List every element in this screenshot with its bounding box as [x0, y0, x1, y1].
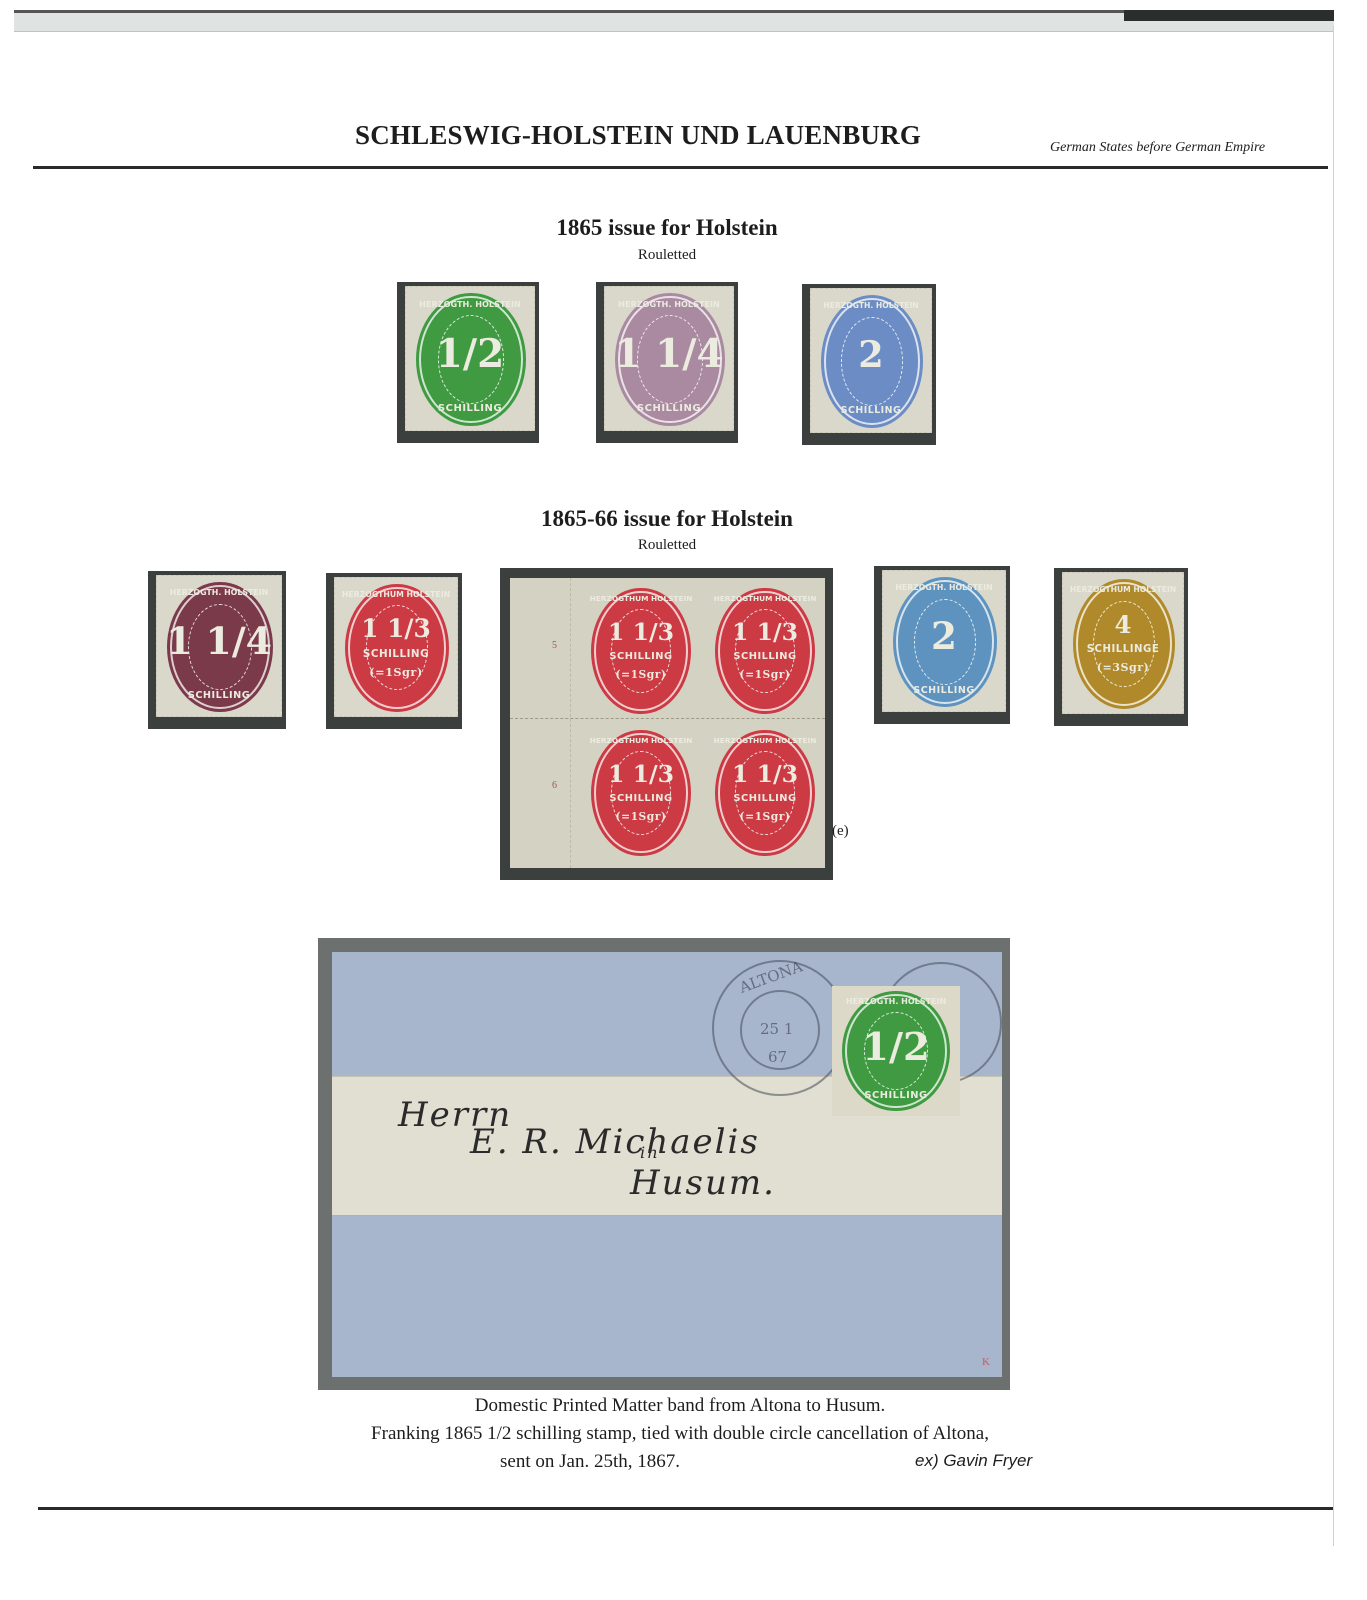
stamp-inscription: HERZOGTHUM HOLSTEIN: [582, 594, 700, 603]
scan-top-edge-dark: [1124, 10, 1334, 21]
address-line-3: in: [640, 1143, 659, 1162]
stamp-denomination: 1 1/3: [706, 618, 824, 646]
stamp-unit: SCHILLING: [406, 403, 534, 414]
stamp-equivalent: (=1Sgr): [706, 810, 824, 823]
stamp: HERZOGTHUM HOLSTEIN1 1/3SCHILLING(=1Sgr): [706, 724, 824, 862]
stamp-inscription: HERZOGTH. HOLSTEIN: [406, 299, 534, 309]
scan-top-edge: [14, 10, 1334, 32]
page-right-edge: [1333, 26, 1334, 1546]
stamp: HERZOGTH. HOLSTEIN1 1/4SCHILLING: [604, 286, 734, 431]
block-annotation: (e): [832, 823, 849, 840]
stamp-equivalent: (=3Sgr): [1063, 661, 1183, 674]
stamp-denomination: 2: [883, 614, 1005, 658]
stamp-inscription: HERZOGTHUM HOLSTEIN: [582, 736, 700, 745]
page-title: SCHLESWIG-HOLSTEIN UND LAUENBURG: [355, 120, 921, 151]
stamp-unit: SCHILLING: [335, 648, 457, 660]
top-rule: [33, 166, 1328, 169]
stamp-unit: SCHILLING: [832, 1090, 960, 1101]
stamp-equivalent: (=1Sgr): [582, 810, 700, 823]
provenance: ex) Gavin Fryer: [915, 1451, 1032, 1471]
section-subtitle-1865: Rouletted: [417, 247, 917, 264]
stamp: HERZOGTH. HOLSTEIN2SCHILLING: [810, 288, 932, 433]
stamp-unit: SCHILLING: [883, 685, 1005, 696]
stamp-unit: SCHILLING: [706, 793, 824, 804]
stamp-denomination: 1 1/4: [157, 619, 281, 663]
stamp-equivalent: (=1Sgr): [335, 665, 457, 679]
cancellation-year: 67: [768, 1048, 787, 1066]
address-line-4: Husum.: [630, 1163, 776, 1203]
stamp-denomination: 1 1/3: [582, 618, 700, 646]
stamp: HERZOGTHUM HOLSTEIN1 1/3SCHILLING(=1Sgr): [582, 724, 700, 862]
cancellation-date: 25 1: [760, 1020, 793, 1038]
stamp-unit: SCHILLING: [582, 651, 700, 662]
address-line-2: E. R. Michaelis: [470, 1122, 760, 1162]
section-title-1865-66: 1865-66 issue for Holstein: [417, 506, 917, 532]
stamp: HERZOGTHUM HOLSTEIN1 1/3SCHILLING(=1Sgr): [582, 582, 700, 720]
stamp-denomination: 1 1/4: [605, 331, 733, 377]
stamp: HERZOGTH. HOLSTEIN1/2SCHILLING: [405, 286, 535, 431]
caption-line-1: Domestic Printed Matter band from Altona…: [200, 1395, 1160, 1417]
stamp-inscription: HERZOGTH. HOLSTEIN: [883, 583, 1005, 592]
stamp: HERZOGTHUM HOLSTEIN4SCHILLINGE(=3Sgr): [1062, 572, 1184, 714]
margin-number-1: 5: [552, 640, 557, 651]
stamp-denomination: 4: [1063, 610, 1183, 639]
stamp-denomination: 1/2: [406, 331, 534, 377]
stamp-unit: SCHILLING: [811, 405, 931, 416]
stamp-denomination: 1 1/3: [582, 760, 700, 788]
sheet-margin: [510, 578, 571, 868]
stamp-denomination: 2: [811, 333, 931, 376]
page-subtitle: German States before German Empire: [1050, 140, 1265, 156]
stamp-inscription: HERZOGTH. HOLSTEIN: [157, 588, 281, 597]
block-of-four: 5 6 HERZOGTHUM HOLSTEIN1 1/3SCHILLING(=1…: [510, 578, 825, 868]
stamp: HERZOGTH. HOLSTEIN1 1/4SCHILLING: [156, 575, 282, 717]
stamp: HERZOGTH. HOLSTEIN1/2SCHILLING: [832, 986, 960, 1116]
cover-corner-mark: K: [982, 1356, 990, 1368]
stamp-unit: SCHILLING: [706, 651, 824, 662]
stamp-inscription: HERZOGTH. HOLSTEIN: [832, 997, 960, 1006]
caption-line-2: Franking 1865 1/2 schilling stamp, tied …: [200, 1423, 1160, 1445]
stamp: HERZOGTHUM HOLSTEIN1 1/3SCHILLING(=1Sgr): [706, 582, 824, 720]
stamp-equivalent: (=1Sgr): [706, 668, 824, 681]
stamp: HERZOGTH. HOLSTEIN2SCHILLING: [882, 570, 1006, 712]
stamp-inscription: HERZOGTHUM HOLSTEIN: [706, 736, 824, 745]
stamp-denomination: 1 1/3: [335, 614, 457, 643]
stamp-inscription: HERZOGTHUM HOLSTEIN: [335, 590, 457, 599]
caption-line-3: sent on Jan. 25th, 1867.: [370, 1451, 810, 1473]
stamp-inscription: HERZOGTHUM HOLSTEIN: [1063, 585, 1183, 594]
stamp-unit: SCHILLINGE: [1063, 644, 1183, 655]
stamp: HERZOGTHUM HOLSTEIN1 1/3SCHILLING(=1Sgr): [334, 577, 458, 717]
stamp-unit: SCHILLING: [605, 403, 733, 414]
margin-number-2: 6: [552, 780, 557, 791]
section-title-1865: 1865 issue for Holstein: [417, 215, 917, 241]
stamp-unit: SCHILLING: [157, 690, 281, 701]
stamp-unit: SCHILLING: [582, 793, 700, 804]
section-subtitle-1865-66: Rouletted: [417, 537, 917, 554]
stamp-inscription: HERZOGTH. HOLSTEIN: [605, 299, 733, 309]
stamp-denomination: 1/2: [832, 1025, 960, 1070]
stamp-inscription: HERZOGTHUM HOLSTEIN: [706, 594, 824, 603]
bottom-rule: [38, 1507, 1333, 1510]
stamp-inscription: HERZOGTH. HOLSTEIN: [811, 301, 931, 310]
stamp-equivalent: (=1Sgr): [582, 668, 700, 681]
stamp-denomination: 1 1/3: [706, 760, 824, 788]
